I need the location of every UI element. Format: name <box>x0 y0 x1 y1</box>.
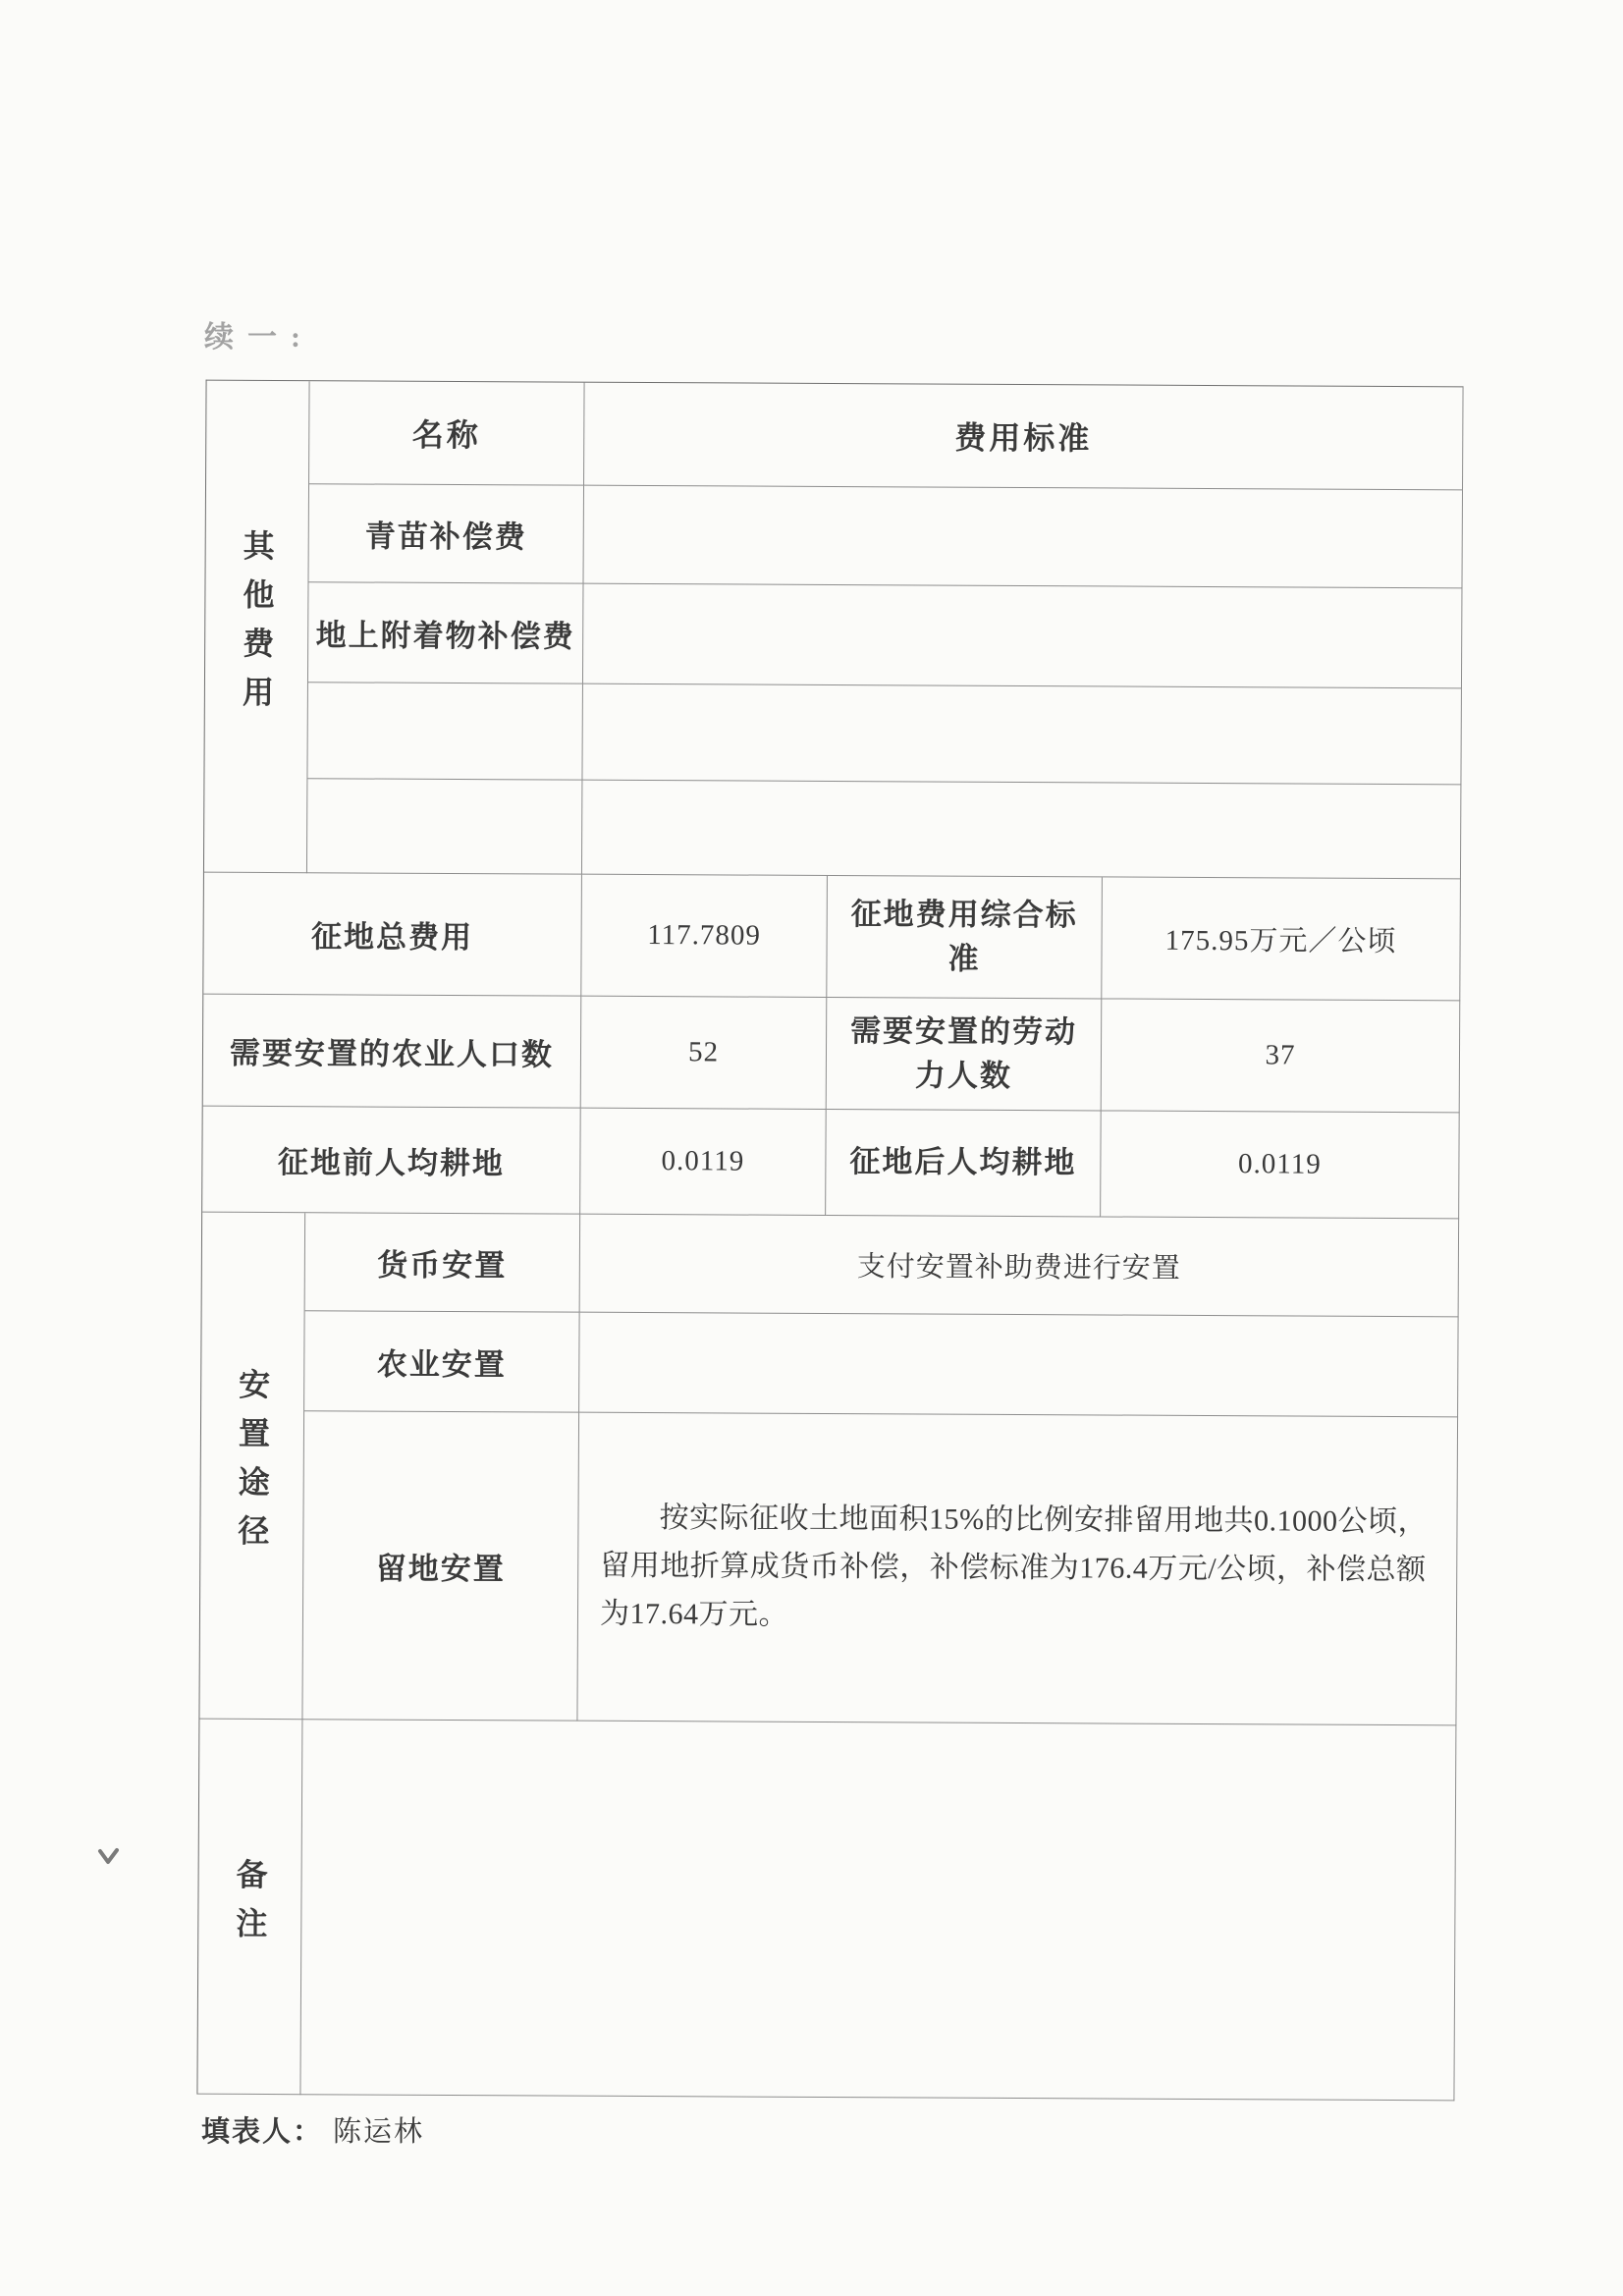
section-label-resettlement: 安置途径 <box>199 1213 305 1721</box>
form-filler-line: 填表人：陈运林 <box>201 2109 424 2150</box>
value-per-capita-farmland-before: 0.0119 <box>580 1109 827 1216</box>
compensation-table: 其他费用 名称 费用标准 青苗补偿费 地上附着物补偿费 征地总费用 117.78… <box>196 380 1463 2102</box>
resettlement-name-agricultural: 农业安置 <box>304 1311 580 1412</box>
section-label-remarks: 备注 <box>197 1720 302 2096</box>
resettlement-detail-monetary: 支付安置补助费进行安置 <box>580 1215 1460 1318</box>
label-per-capita-farmland-before: 征地前人均耕地 <box>202 1107 581 1215</box>
column-header-name: 名称 <box>309 381 585 485</box>
resettlement-detail-agricultural <box>579 1313 1459 1418</box>
value-agricultural-population: 52 <box>581 997 828 1110</box>
stray-ink-mark-icon <box>96 1846 122 1873</box>
reserved-land-paragraph: 按实际征收土地面积15%的比例安排留用地共0.1000公顷，留用地折算成货币补偿… <box>578 1495 1457 1643</box>
value-per-capita-farmland-after: 0.0119 <box>1101 1111 1460 1219</box>
value-labor-force: 37 <box>1102 999 1461 1113</box>
fee-name-empty-1 <box>307 683 583 780</box>
value-comprehensive-standard: 175.95万元／公顷 <box>1102 877 1461 1001</box>
fee-name-attachments: 地上附着物补偿费 <box>308 582 584 683</box>
label-comprehensive-standard: 征地费用综合标准 <box>827 876 1103 999</box>
resettlement-name-monetary: 货币安置 <box>305 1213 581 1312</box>
scanned-form-page: 续一: 其他费用 名称 费用标准 青苗补偿费 地上附着物补偿费 征地总费用 11… <box>0 0 1623 2296</box>
label-total-expropriation-cost: 征地总费用 <box>203 873 582 997</box>
label-labor-force: 需要安置的劳动力人数 <box>827 998 1103 1111</box>
fee-name-empty-2 <box>307 779 582 874</box>
fee-standard-empty-1 <box>582 684 1462 786</box>
resettlement-detail-reserved-land: 按实际征收土地面积15%的比例安排留用地共0.1000公顷，留用地折算成货币补偿… <box>577 1413 1458 1726</box>
section-label-other-fees: 其他费用 <box>204 381 310 874</box>
column-header-standard: 费用标准 <box>584 383 1464 491</box>
fee-standard-seedling <box>583 486 1463 589</box>
label-agricultural-population: 需要安置的农业人口数 <box>203 995 582 1109</box>
fee-standard-empty-2 <box>582 781 1461 880</box>
continuation-label: 续一: <box>204 312 314 355</box>
remarks-content <box>300 1720 1456 2101</box>
resettlement-name-reserved-land: 留地安置 <box>302 1411 579 1721</box>
label-per-capita-farmland-after: 征地后人均耕地 <box>826 1110 1102 1217</box>
fee-standard-attachments <box>583 584 1463 689</box>
form-filler-name: 陈运林 <box>333 2116 424 2148</box>
fee-name-seedling: 青苗补偿费 <box>308 484 584 583</box>
value-total-expropriation-cost: 117.7809 <box>581 875 828 998</box>
form-filler-label: 填表人： <box>201 2116 323 2148</box>
